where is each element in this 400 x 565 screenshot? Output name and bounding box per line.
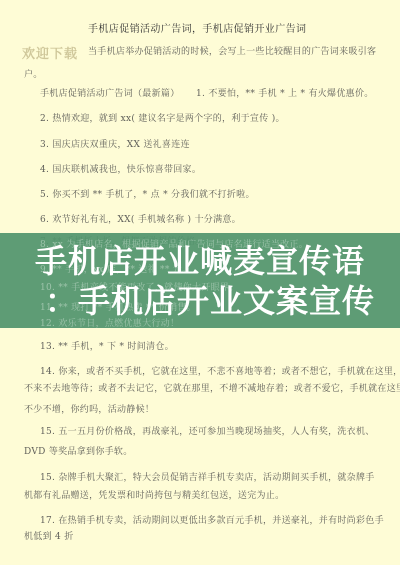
list-item: 4. 国庆联机减我也，快乐惊喜带回家。 <box>40 164 201 176</box>
list-item-17-cont: 机低到 4 折 <box>24 531 74 543</box>
list-item-14-cont: 不来不去地等待；或者不去记它，它就在那里，不增不减地存着；或者不爱它，手机就在这… <box>24 383 400 395</box>
banner-title-line2: ：手机店开业文案宣传 <box>10 281 400 321</box>
list-item-14: 14. 你来，或者不买手机，它就在这里，不悲不喜地等着；或者不想它，手机就在这里… <box>40 366 400 378</box>
intro-text: 当手机店举办促销活动的时候，会写上一些比较醒目的广告词来吸引客 <box>88 46 376 58</box>
list-item-15a: 15. 五一五月份价格战，再战豪礼，还可参加当晚现场抽奖，人人有奖，洗衣机、 <box>40 426 375 438</box>
section-heading: 手机店促销活动广告词（最新篇） <box>40 88 180 100</box>
banner-title-line1: 手机店开业喊麦宣传语 <box>0 241 400 281</box>
document-page: 手机店促销活动广告词，手机店促销开业广告词 欢迎下载 当手机店举办促销活动的时候… <box>0 0 400 565</box>
list-item-15a-cont: DVD 等奖品拿到你手软。 <box>24 446 133 458</box>
watermark-download: 欢迎下载 <box>22 43 78 62</box>
list-item: 6. 欢节好礼有礼，XX( 手机城名称 ) 十分满意。 <box>40 214 241 226</box>
list-item: 13. ** 手机，* 下 * 时间清仓。 <box>40 341 174 353</box>
list-item-14-cont: 不少不增，你约吗，活动静候！ <box>24 404 154 416</box>
title-banner: 8. xx 为手机店名，根据促销产品和广告词与店名进行适当改正。 9. ** 手… <box>0 233 400 328</box>
list-item: 1. 不要怕，** 手机 * 上 * 有火爆优惠价。 <box>196 88 374 100</box>
list-item: 2. 热情欢迎，就到 xx( 建议名字是两个字的，利于宣传 )。 <box>40 113 285 125</box>
list-item-15b: 15. 杂牌手机大聚汇，特大会员促销吉祥手机专卖店，活动期间买手机，就杂牌手 <box>40 472 375 484</box>
document-title: 手机店促销活动广告词，手机店促销开业广告词 <box>88 24 306 36</box>
list-item-17: 17. 在热销手机专卖，活动期间以更低出多款百元手机，并送豪礼，并有时尚彩色手 <box>40 515 384 527</box>
list-item-15b-cont: 机都有礼品赠送，凭发票和时尚挎包与精美红包送，送完为止。 <box>24 490 284 502</box>
list-item: 5. 你买不到 ** 手机了，* 点 * 分我们就不打折啦。 <box>40 189 255 201</box>
intro-text-cont: 户。 <box>24 69 43 81</box>
list-item: 3. 国庆店庆双重庆，XX 送礼喜连连 <box>40 139 190 151</box>
